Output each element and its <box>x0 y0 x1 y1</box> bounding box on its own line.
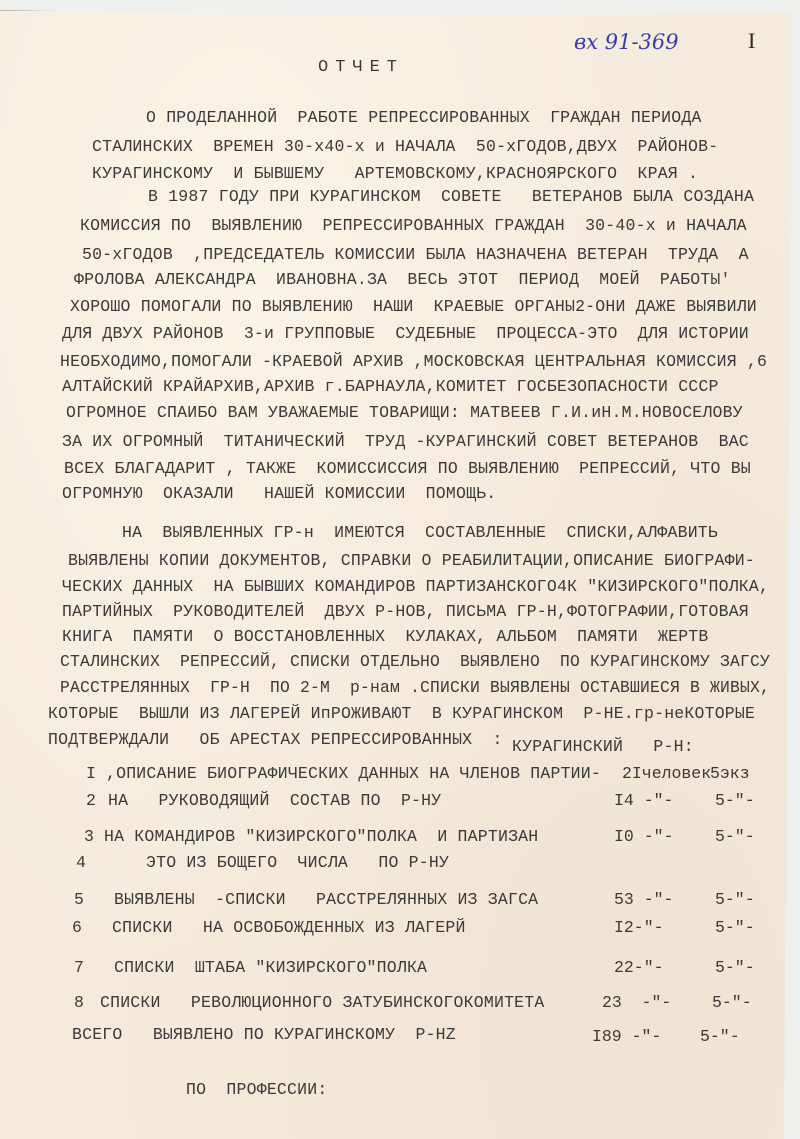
item-number: 4 <box>76 853 86 872</box>
item-count: 53 -"- <box>614 890 673 909</box>
text-line: ВЫЯВЛЕНЫ КОПИИ ДОКУМЕНТОВ, СПРАВКИ О РЕА… <box>68 551 755 570</box>
text-line: ЗА ИХ ОГРОМНЫЙ ТИТАНИЧЕСКИЙ ТРУД -КУРАГИ… <box>62 432 749 451</box>
item-description: СПИСКИ ШТАБА "КИЗИРСКОГО"ПОЛКА <box>114 958 427 977</box>
total-count: I89 -"- <box>592 1027 661 1046</box>
subtitle-line: О ПРОДЕЛАННОЙ РАБОТЕ РЕПРЕССИРОВАННЫХ ГР… <box>146 108 702 127</box>
total-copies: 5-"- <box>700 1027 740 1046</box>
item-number: 7 <box>74 958 84 977</box>
item-number: 5 <box>74 890 84 909</box>
item-description: ВЫЯВЛЕНЫ -СПИСКИ РАССТРЕЛЯННЫХ ИЗ ЗАГСА <box>114 890 538 909</box>
text-line: ПОДТВЕРЖДАЛИ ОБ АРЕСТАХ РЕПРЕССИРОВАННЫХ… <box>48 730 503 749</box>
item-description: НА РУКОВОДЯЩИЙ СОСТАВ ПО Р-НУ <box>108 791 441 810</box>
text-line: ВСЕХ БЛАГАДАРИТ , ТАКЖЕ КОМИССИССИЯ ПО В… <box>64 459 751 478</box>
document-title: ОТЧЕТ <box>318 58 404 77</box>
item-number: I <box>86 764 96 783</box>
text-line: НЕОБХОДИМО,ПОМОГАЛИ -КРАЕВОЙ АРХИВ ,МОСК… <box>60 352 767 371</box>
page-number: I <box>748 28 755 54</box>
text-line: КОМИССИЯ ПО ВЫЯВЛЕНИЮ РЕПРЕССИРОВАННЫХ Г… <box>80 216 747 235</box>
item-count: I4 -"- <box>614 791 673 810</box>
item-count: I2-"- <box>614 918 664 937</box>
text-line: 50-хГОДОВ ,ПРЕДСЕДАТЕЛЬ КОМИССИИ БЫЛА НА… <box>82 245 749 264</box>
text-line: В 1987 ГОДУ ПРИ КУРАГИНСКОМ СОВЕТЕ ВЕТЕР… <box>148 187 754 206</box>
item-count: I0 -"- <box>614 827 673 846</box>
item-count: 23 -"- <box>602 993 671 1012</box>
item-copies: 5-"- <box>712 993 752 1012</box>
item-copies: 5-"- <box>715 791 755 810</box>
item-copies: 5-"- <box>715 890 755 909</box>
subtitle-line: СТАЛИНСКИХ ВРЕМЕН 30-х40-х и НАЧАЛА 50-х… <box>92 137 718 156</box>
item-description: ,ОПИСАНИЕ БИОГРАФИЧЕСКИХ ДАННЫХ НА ЧЛЕНО… <box>106 764 601 783</box>
item-number: 2 <box>86 791 96 810</box>
item-description: ЭТО ИЗ БОЩЕГО ЧИСЛА ПО Р-НУ <box>146 853 449 872</box>
text-line: АЛТАЙСКИЙ КРАЙАРХИВ,АРХИВ г.БАРНАУЛА,КОМ… <box>62 377 719 396</box>
item-description: СПИСКИ НА ОСВОБОЖДЕННЫХ ИЗ ЛАГЕРЙ <box>112 918 466 937</box>
item-description: СПИСКИ РЕВОЛЮЦИОННОГО ЗАТУБИНСКОГОКОМИТЕ… <box>100 993 544 1012</box>
text-line: ЧЕСКИХ ДАННЫХ НА БЫВШИХ КОМАНДИРОВ ПАРТИ… <box>62 577 769 596</box>
district-heading: КУРАГИНСКИЙ Р-Н: <box>512 737 694 756</box>
item-description: НА КОМАНДИРОВ "КИЗИРСКОГО"ПОЛКА И ПАРТИЗ… <box>104 827 538 846</box>
item-number: 6 <box>72 918 82 937</box>
item-copies: 5экз <box>710 764 750 783</box>
text-line: РАССТРЕЛЯННЫХ ГР-Н ПО 2-М р-нам .СПИСКИ … <box>60 678 770 697</box>
text-line: ХОРОШО ПОМОГАЛИ ПО ВЫЯВЛЕНИЮ НАШИ КРАЕВЫ… <box>70 297 757 316</box>
item-copies: 5-"- <box>715 827 755 846</box>
item-copies: 5-"- <box>715 958 755 977</box>
text-line: НА ВЫЯВЛЕННЫХ ГР-н ИМЕЮТСЯ СОСТАВЛЕННЫЕ … <box>122 523 718 542</box>
item-copies: 5-"- <box>715 918 755 937</box>
text-line: ПАРТИЙНЫХ РУКОВОДИТЕЛЕЙ ДВУХ Р-НОВ, ПИСЬ… <box>62 602 749 621</box>
text-line: КОТОРЫЕ ВЫШЛИ ИЗ ЛАГЕРЕЙ ИпРОЖИВАЮТ В КУ… <box>48 704 755 723</box>
item-count: 2Iчеловек <box>622 764 711 783</box>
text-line: ОГРОМНУЮ ОКАЗАЛИ НАШЕЙ КОМИССИИ ПОМОЩЬ. <box>62 484 496 503</box>
text-line: СТАЛИНСКИХ РЕПРЕССИЙ, СПИСКИ ОТДЕЛЬНО ВЫ… <box>60 652 770 671</box>
total-description: ВСЕГО ВЫЯВЛЕНО ПО КУРАГИНСКОМУ Р-НZ <box>72 1025 456 1044</box>
text-line: КНИГА ПАМЯТИ О ВОССТАНОВЛЕННЫХ КУЛАКАХ, … <box>62 627 709 646</box>
closing-heading: ПО ПРОФЕССИИ: <box>186 1080 327 1099</box>
item-count: 22-"- <box>614 958 664 977</box>
item-number: 8 <box>74 993 84 1012</box>
text-line: ОГРОМНОЕ СПАИБО ВАМ УВАЖАЕМЫЕ ТОВАРИЩИ: … <box>66 403 743 422</box>
text-line: ДЛЯ ДВУХ РАЙОНОВ 3-и ГРУППОВЫЕ СУДЕБНЫЕ … <box>62 324 749 343</box>
subtitle-line: КУРАГИНСКОМУ И БЫВШЕМУ АРТЕМОВСКОМУ,КРАС… <box>92 164 698 183</box>
item-number: 3 <box>84 827 94 846</box>
handwritten-reference: вх 91-369 <box>574 30 679 54</box>
text-line: ФРОЛОВА АЛЕКСАНДРА ИВАНОВНА.ЗА ВЕСЬ ЭТОТ… <box>74 270 731 289</box>
